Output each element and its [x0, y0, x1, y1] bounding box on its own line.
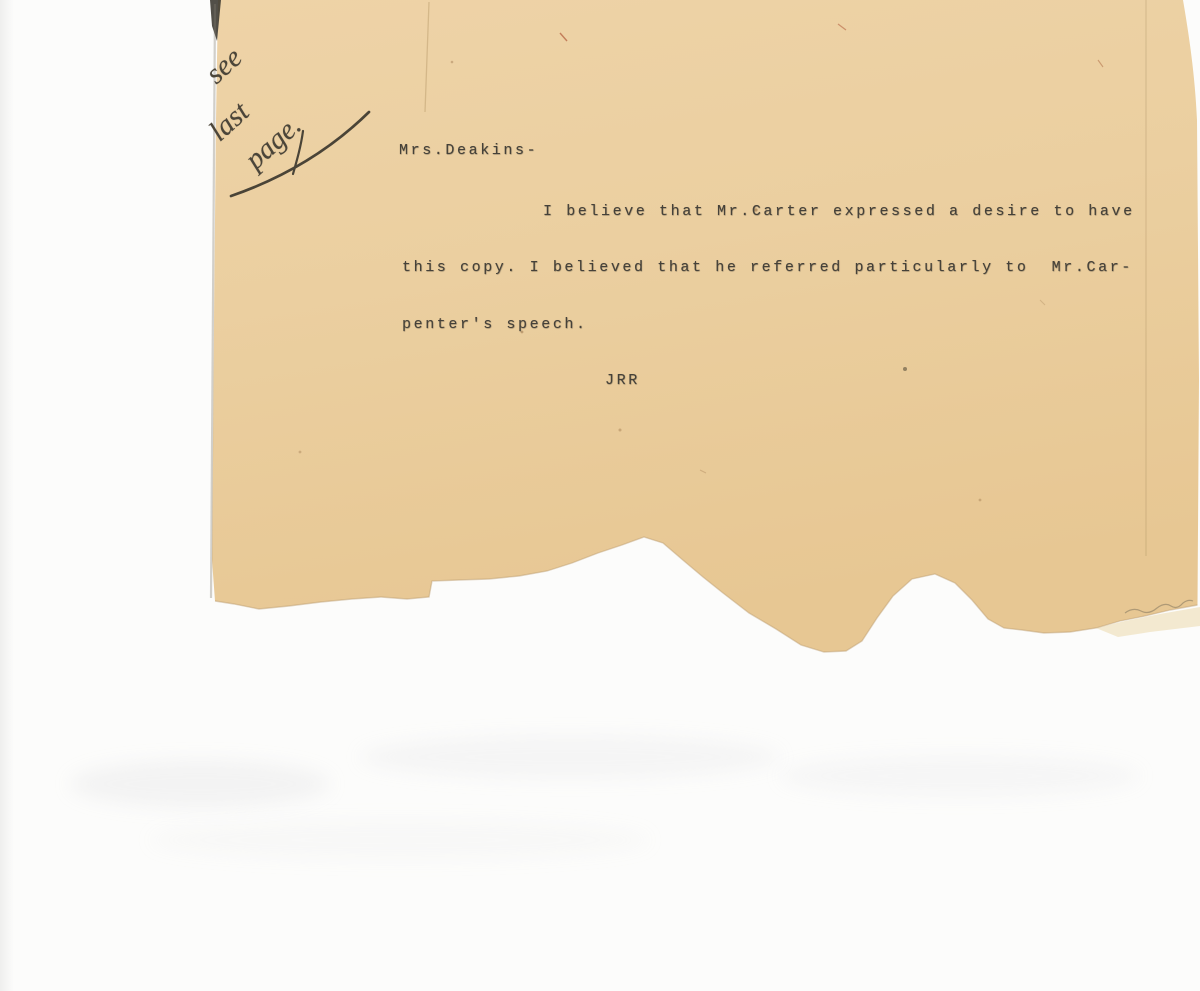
note-salutation: Mrs.Deakins-	[399, 143, 538, 158]
note-body-line: I believe that Mr.Carter expressed a des…	[543, 204, 1135, 219]
bleed-through-smudge	[150, 820, 650, 860]
note-body-line: this copy. I believed that he referred p…	[402, 260, 1133, 275]
bleed-through-smudge	[70, 760, 330, 808]
bleed-through-smudge	[780, 755, 1140, 797]
note-initials: JRR	[605, 373, 640, 388]
bleed-through-smudge	[360, 735, 780, 779]
scanned-document-page: see last page. Mrs.Deakins- I believe th…	[0, 0, 1200, 991]
note-body-line: penter's speech.	[402, 317, 588, 332]
